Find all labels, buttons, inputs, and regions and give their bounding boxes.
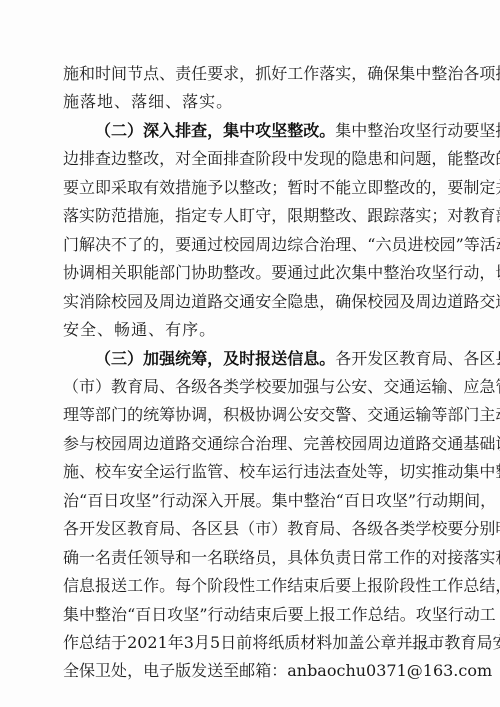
text-char: 车 xyxy=(255,462,271,482)
text-char: 校 xyxy=(111,292,127,312)
heading-char: 息 xyxy=(303,349,319,369)
text-char: 级 xyxy=(191,377,207,397)
text-char: ； xyxy=(271,178,287,198)
text-char: 的 xyxy=(495,149,500,169)
text-char: 报 xyxy=(95,576,111,596)
text-char: 道 xyxy=(447,292,463,312)
text-char: 园 xyxy=(239,235,255,255)
text-char: 作 xyxy=(399,548,415,568)
paragraph-line: 实消除校园及周边道路交通安全隐患，确保校园及周边道路交通 xyxy=(63,292,437,312)
text-char: 动 xyxy=(447,462,463,482)
text-char: 学 xyxy=(239,377,255,397)
text-char: 持 xyxy=(495,121,500,141)
text-char: 排 xyxy=(223,149,239,169)
text-char: 的 xyxy=(415,178,431,198)
text-char: 教 xyxy=(463,206,479,226)
text-char: 动 xyxy=(464,605,480,625)
text-char: 中 xyxy=(287,149,303,169)
text-char: 过 xyxy=(303,263,319,283)
text-char: 结 xyxy=(384,605,400,625)
text-char: 即 xyxy=(367,178,383,198)
text-char: 要 xyxy=(447,178,463,198)
text-char: 即 xyxy=(95,178,111,198)
text-char: 落 xyxy=(80,92,96,112)
text-char: 工 xyxy=(431,576,447,596)
text-char: 制 xyxy=(463,178,479,198)
text-char: 指 xyxy=(175,206,191,226)
text-char: 报 xyxy=(320,605,336,625)
text-char: 推 xyxy=(431,462,447,482)
text-char: 百 xyxy=(87,491,103,511)
text-char: 处 xyxy=(111,661,127,681)
text-char: 守 xyxy=(255,206,271,226)
text-char: 改 xyxy=(335,206,351,226)
text-char: 中 xyxy=(415,64,431,84)
text-char: 息 xyxy=(79,576,95,596)
text-char: ） xyxy=(271,519,287,539)
text-char: 开 xyxy=(351,349,367,369)
text-char: 局 xyxy=(143,377,159,397)
text-char: 作 xyxy=(63,633,79,653)
text-char: 落 xyxy=(131,92,147,112)
text-char: 有 xyxy=(143,178,159,198)
text-char: 至 xyxy=(223,661,239,681)
text-char: 除 xyxy=(95,292,111,312)
text-char: 善 xyxy=(319,434,335,454)
text-char: 动 xyxy=(224,605,240,625)
text-char: 教 xyxy=(111,377,127,397)
text-char: ， xyxy=(495,576,500,596)
text-char: 确 xyxy=(63,548,79,568)
text-char: 不 xyxy=(319,178,335,198)
text-char: 工 xyxy=(127,576,143,596)
text-char: 过 xyxy=(207,235,223,255)
text-char: 运 xyxy=(415,377,431,397)
text-char: 路 xyxy=(207,292,223,312)
text-char: 区 xyxy=(207,519,223,539)
text-char: 对 xyxy=(431,548,447,568)
text-char: 责 xyxy=(175,64,191,84)
paragraph-line: 信息报送工作。每个阶段性工作结束后要上报阶段性工作总结， xyxy=(63,576,437,596)
text-char: 序 xyxy=(182,320,198,340)
text-char: “ xyxy=(127,605,135,625)
text-char: 项 xyxy=(479,64,495,84)
text-char: 工 xyxy=(287,64,303,84)
text-char: 要 xyxy=(288,605,304,625)
text-char: 通 xyxy=(399,377,415,397)
text-char: 整 xyxy=(383,263,399,283)
text-char: 工 xyxy=(480,605,496,625)
text-char: 作 xyxy=(143,576,159,596)
text-char: 日 xyxy=(103,491,119,511)
text-char: 段 xyxy=(271,149,287,169)
text-char: 边 xyxy=(175,292,191,312)
text-char: 综 xyxy=(223,434,239,454)
text-char: 校 xyxy=(239,462,255,482)
text-char: 明 xyxy=(495,519,500,539)
paragraph-line: 作总结于2021年3月5日前将纸质材料加盖公章并报市教育局安 xyxy=(63,633,437,653)
text-char: 局 xyxy=(476,633,492,653)
text-char: ， xyxy=(271,548,287,568)
heading-char: 排 xyxy=(175,121,191,141)
text-char: 门 xyxy=(463,405,479,425)
text-char: 、 xyxy=(447,377,463,397)
text-char: 范 xyxy=(111,206,127,226)
text-char: 具 xyxy=(287,548,303,568)
text-char: 实 xyxy=(415,462,431,482)
text-char: 一 xyxy=(191,548,207,568)
text-char: 信 xyxy=(63,576,79,596)
text-char: 取 xyxy=(127,178,143,198)
text-char: 题 xyxy=(415,149,431,169)
text-char: 盖 xyxy=(348,633,364,653)
text-char: 子 xyxy=(159,661,175,681)
text-char: 结 xyxy=(240,605,256,625)
text-char: 集 xyxy=(351,263,367,283)
text-char: 设 xyxy=(495,434,500,454)
text-char: 各 xyxy=(383,519,399,539)
text-char: 效 xyxy=(159,178,175,198)
text-char: 。 xyxy=(400,605,416,625)
heading-char: 时 xyxy=(239,349,255,369)
text-char: 束 xyxy=(256,605,272,625)
text-char: 路 xyxy=(415,434,431,454)
text-char: 边 xyxy=(271,235,287,255)
paragraph-line: 要立即采取有效措施予以整改；暂时不能立即整改的，要制定并 xyxy=(63,178,437,198)
text-char: 治 xyxy=(111,605,127,625)
text-char: 后 xyxy=(272,605,288,625)
text-char: 道 xyxy=(191,292,207,312)
text-char: 进 xyxy=(408,235,424,255)
text-char: 后 xyxy=(319,576,335,596)
text-char: 发 xyxy=(367,349,383,369)
page-number: —7— xyxy=(406,638,440,654)
text-char: 切 xyxy=(495,263,500,283)
text-char: 周 xyxy=(415,292,431,312)
text-char: 5 xyxy=(210,633,220,653)
text-char: 动 xyxy=(432,491,448,511)
text-char: 合 xyxy=(239,434,255,454)
text-char: ， xyxy=(207,405,223,425)
text-char: ： xyxy=(271,661,287,681)
text-char: 。 xyxy=(159,576,175,596)
text-char: 有 xyxy=(165,320,181,340)
text-char: 暂 xyxy=(287,178,303,198)
text-char: 百 xyxy=(344,491,360,511)
text-char: 开 xyxy=(224,491,240,511)
text-char: 隐 xyxy=(351,149,367,169)
text-char: 校 xyxy=(255,377,271,397)
text-char: 邮 xyxy=(239,661,255,681)
text-char: 安 xyxy=(303,405,319,425)
text-char: 管 xyxy=(495,377,500,397)
text-char: 园 xyxy=(111,434,127,454)
text-char: 。 xyxy=(199,320,215,340)
text-char: 育 xyxy=(143,519,159,539)
text-char: 调 xyxy=(79,263,95,283)
text-char: 集 xyxy=(63,605,79,625)
text-char: 育 xyxy=(460,633,476,653)
section-heading-line: （二）深入排查，集中攻坚整改。集中整治攻坚行动要坚持 xyxy=(95,121,437,141)
text-char: 通 xyxy=(207,434,223,454)
text-char: 公 xyxy=(287,405,303,425)
text-char: 调 xyxy=(191,405,207,425)
text-char: 整 xyxy=(319,206,335,226)
text-char: 等 xyxy=(79,405,95,425)
text-char: 实 xyxy=(199,92,215,112)
text-char: 合 xyxy=(303,235,319,255)
text-char: 体 xyxy=(303,548,319,568)
text-char: 。 xyxy=(255,263,271,283)
text-char: 的 xyxy=(127,405,143,425)
text-char: 料 xyxy=(316,633,332,653)
text-char: 安 xyxy=(255,292,271,312)
text-char: 集 xyxy=(463,462,479,482)
text-char: 月 xyxy=(194,633,210,653)
text-char: 等 xyxy=(367,462,383,482)
text-char: 落 xyxy=(319,64,335,84)
text-char: 各 xyxy=(175,377,191,397)
text-char: 中 xyxy=(351,121,367,141)
text-char: 通 xyxy=(191,235,207,255)
text-char: 作 xyxy=(303,64,319,84)
text-char: （ xyxy=(492,661,500,681)
text-char: 动 xyxy=(496,235,500,255)
text-char: 落 xyxy=(63,206,79,226)
text-char: 、 xyxy=(223,462,239,482)
text-char: 措 xyxy=(495,64,500,84)
text-char: 攻 xyxy=(376,491,392,511)
text-char: ， xyxy=(319,292,335,312)
text-char: 切 xyxy=(399,462,415,482)
text-char: 开 xyxy=(79,519,95,539)
text-char: 治 xyxy=(255,434,271,454)
text-char: 各 xyxy=(335,349,351,369)
text-char: 校 xyxy=(335,434,351,454)
text-char: 患 xyxy=(303,292,319,312)
text-char: 边 xyxy=(143,434,159,454)
text-char: 运 xyxy=(271,462,287,482)
text-char: 面 xyxy=(207,149,223,169)
text-char: 、 xyxy=(159,64,175,84)
text-char: 要 xyxy=(175,235,191,255)
text-char: 交 xyxy=(367,405,383,425)
text-char: 园 xyxy=(351,434,367,454)
text-char: 踪 xyxy=(383,206,399,226)
paragraph-line: 全保卫处，电子版发送至邮箱：anbaochu0371@163.com（联系人： xyxy=(63,661,437,681)
text-char: 市 xyxy=(255,519,271,539)
text-char: 局 xyxy=(431,349,447,369)
text-char: 要 xyxy=(271,377,287,397)
text-char: 六 xyxy=(375,235,391,255)
text-char: 各 xyxy=(463,64,479,84)
text-char: 、 xyxy=(148,320,164,340)
text-char: 求 xyxy=(223,64,239,84)
text-char: 员 xyxy=(255,548,271,568)
text-char: 行 xyxy=(447,263,463,283)
text-char: 点 xyxy=(143,64,159,84)
text-char: 间 xyxy=(111,64,127,84)
text-char: 交 xyxy=(223,292,239,312)
text-char: 改 xyxy=(399,178,415,198)
text-char: 总 xyxy=(368,605,384,625)
text-char: ， xyxy=(351,64,367,84)
text-char: 行 xyxy=(448,605,464,625)
heading-char: ） xyxy=(127,121,143,141)
heading-char: 信 xyxy=(287,349,303,369)
heading-char: 深 xyxy=(143,121,159,141)
heading-char: 攻 xyxy=(255,121,271,141)
text-char: 处 xyxy=(351,462,367,482)
text-char: 次 xyxy=(335,263,351,283)
text-char: 结 xyxy=(479,576,495,596)
text-char: 职 xyxy=(127,263,143,283)
text-char: 个 xyxy=(191,576,207,596)
text-char: 坚 xyxy=(183,605,199,625)
heading-char: 强 xyxy=(159,349,175,369)
text-char: 卫 xyxy=(95,661,111,681)
paragraph-line: 落实防范措施，指定专人盯守，限期整改、跟踪落实；对教育部 xyxy=(63,206,437,226)
heading-char: 中 xyxy=(239,121,255,141)
paragraph-line: 集中整治“百日攻坚”行动结束后要上报工作总结。攻坚行动工 xyxy=(63,605,437,625)
text-char: 筹 xyxy=(159,405,175,425)
text-char: ” xyxy=(408,491,416,511)
text-char: 负 xyxy=(319,548,335,568)
text-char: 、 xyxy=(335,519,351,539)
text-char: 总 xyxy=(463,576,479,596)
text-char: 的 xyxy=(335,149,351,169)
text-char: 段 xyxy=(399,576,415,596)
text-char: 部 xyxy=(447,405,463,425)
text-char: 理 xyxy=(63,405,79,425)
text-char: 区 xyxy=(383,349,399,369)
text-char: ， xyxy=(383,462,399,482)
heading-char: ， xyxy=(207,121,223,141)
text-char: ， xyxy=(239,64,255,84)
text-char: 坚 xyxy=(135,491,151,511)
text-char: 解 xyxy=(79,235,95,255)
text-char: 全 xyxy=(143,462,159,482)
text-char: 输 xyxy=(431,377,447,397)
text-char: 活 xyxy=(480,235,496,255)
text-char: 协 xyxy=(191,263,207,283)
paragraph-line: 施落地、落细、落实。 xyxy=(63,92,437,112)
text-char: 箱 xyxy=(255,661,271,681)
paragraph-line: 边排查边整改，对全面排查阶段中发现的隐患和问题，能整改的， xyxy=(63,149,437,169)
text-char: 材 xyxy=(300,633,316,653)
heading-char: 加 xyxy=(143,349,159,369)
text-char: 校 xyxy=(223,235,239,255)
text-char: 行 xyxy=(208,605,224,625)
text-char: 加 xyxy=(287,377,303,397)
text-char: 校 xyxy=(95,462,111,482)
text-char: 整 xyxy=(239,178,255,198)
text-char: 整 xyxy=(383,178,399,198)
text-char: 电 xyxy=(143,661,159,681)
text-char: 攻 xyxy=(167,605,183,625)
text-char: 完 xyxy=(303,434,319,454)
text-char: 全 xyxy=(80,320,96,340)
text-char: 教 xyxy=(444,633,460,653)
text-char: 对 xyxy=(447,206,463,226)
text-char: 阶 xyxy=(383,576,399,596)
text-char: 质 xyxy=(284,633,300,653)
text-char: 于 xyxy=(111,633,127,653)
text-char: 施 xyxy=(63,462,79,482)
text-char: 送 xyxy=(111,576,127,596)
text-char: 门 xyxy=(63,235,79,255)
text-char: 协 xyxy=(63,263,79,283)
text-char: 关 xyxy=(111,263,127,283)
text-char: 实 xyxy=(479,548,495,568)
text-char: 坚 xyxy=(415,121,431,141)
text-char: 3 xyxy=(184,633,194,653)
text-char: 治 xyxy=(320,491,336,511)
text-char: 性 xyxy=(239,576,255,596)
text-char: 全 xyxy=(271,292,287,312)
text-char: 集 xyxy=(272,491,288,511)
paragraph-line: 安全、畅通、有序。 xyxy=(63,320,437,340)
text-char: 日 xyxy=(360,491,376,511)
text-char: 强 xyxy=(303,377,319,397)
text-char: 并 xyxy=(495,178,500,198)
text-char: 施 xyxy=(191,178,207,198)
text-char: 抓 xyxy=(255,64,271,84)
text-char: 节 xyxy=(127,64,143,84)
text-char: “ xyxy=(367,235,375,255)
text-char: 行 xyxy=(287,462,303,482)
text-char: 好 xyxy=(271,64,287,84)
text-char: 运 xyxy=(399,405,415,425)
text-char: 。 xyxy=(216,92,232,112)
text-char: 违 xyxy=(303,462,319,482)
text-char: 市 xyxy=(79,377,95,397)
text-char: 保 xyxy=(351,292,367,312)
text-char: 校 xyxy=(367,292,383,312)
text-char: 现 xyxy=(319,149,335,169)
text-char: 路 xyxy=(463,292,479,312)
heading-char: 整 xyxy=(287,121,303,141)
text-char: 级 xyxy=(367,519,383,539)
text-char: 问 xyxy=(399,149,415,169)
text-char: 通 xyxy=(287,263,303,283)
text-char: 急 xyxy=(479,377,495,397)
text-char: ， xyxy=(479,263,495,283)
text-char: 畅 xyxy=(114,320,130,340)
text-char: 协 xyxy=(255,405,271,425)
text-char: 础 xyxy=(479,434,495,454)
text-char: 助 xyxy=(207,263,223,283)
text-char: 年 xyxy=(168,633,184,653)
text-char: 将 xyxy=(252,633,268,653)
text-char: 坚 xyxy=(392,491,408,511)
text-char: 、 xyxy=(175,519,191,539)
text-char: 名 xyxy=(207,548,223,568)
text-char: 路 xyxy=(175,434,191,454)
text-char: 实 xyxy=(335,64,351,84)
text-char: ” xyxy=(199,605,207,625)
text-char: 能 xyxy=(447,149,463,169)
text-char: 联 xyxy=(223,548,239,568)
text-char: 责 xyxy=(335,548,351,568)
text-char: 查 xyxy=(95,149,111,169)
text-char: 任 xyxy=(191,64,207,84)
text-char: 总 xyxy=(79,633,95,653)
heading-char: 改 xyxy=(303,121,319,141)
text-char: 育 xyxy=(127,377,143,397)
text-char: 2021 xyxy=(127,633,168,653)
text-char: 期 xyxy=(448,491,464,511)
